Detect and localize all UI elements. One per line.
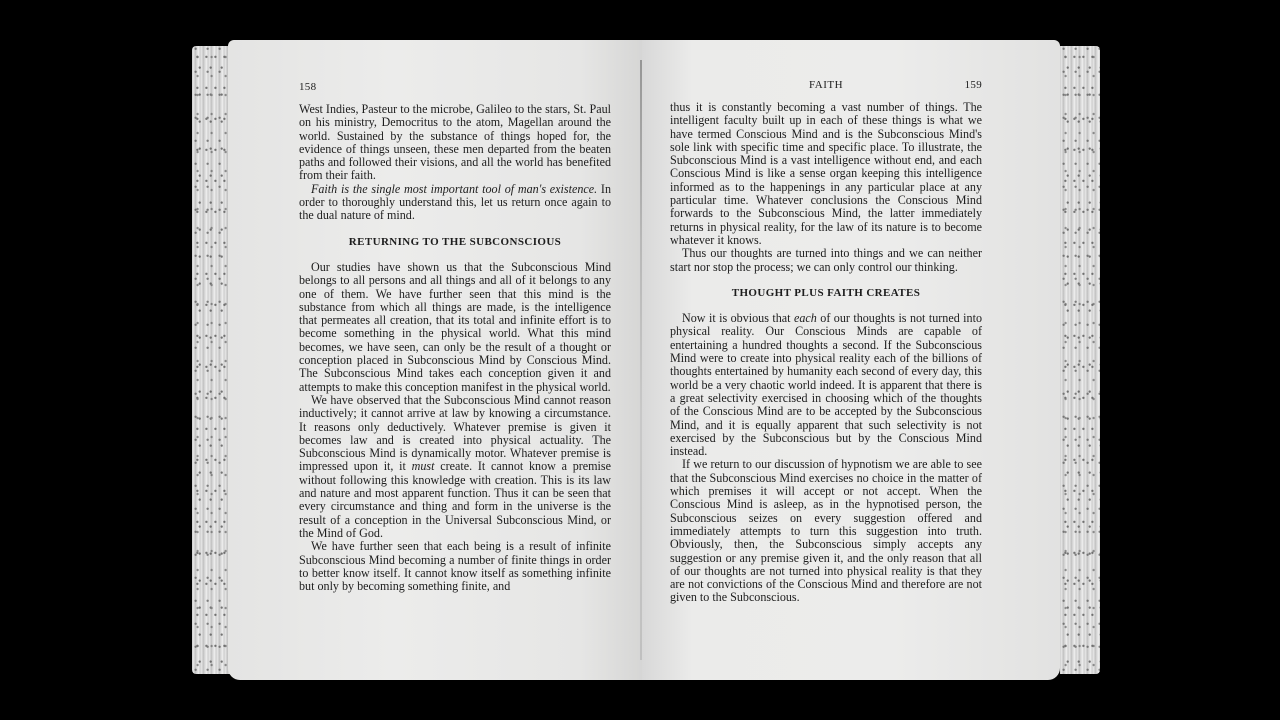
open-book: 158 West Indies, Pasteur to the microbe,… xyxy=(192,40,1100,680)
paragraph: If we return to our discussion of hypnot… xyxy=(670,458,982,604)
running-head: FAITH xyxy=(670,79,982,91)
section-heading: RETURNING TO THE SUBCONSCIOUS xyxy=(299,236,611,249)
section-heading: THOUGHT PLUS FAITH CREATES xyxy=(670,287,982,300)
paragraph: Now it is obvious that each of our thoug… xyxy=(670,312,982,458)
right-page: FAITH 159 thus it is constantly becoming… xyxy=(642,40,1060,680)
italic-word: each xyxy=(794,311,817,325)
left-page-number: 158 xyxy=(299,81,316,93)
right-page-stack xyxy=(1060,46,1100,674)
left-page-stack xyxy=(192,46,232,674)
text-span: Now it is obvious that xyxy=(682,311,791,325)
left-page-text: West Indies, Pasteur to the microbe, Gal… xyxy=(299,103,611,593)
paragraph: West Indies, Pasteur to the microbe, Gal… xyxy=(299,103,611,183)
left-page: 158 West Indies, Pasteur to the microbe,… xyxy=(228,40,642,680)
paragraph: We have observed that the Subconscious M… xyxy=(299,394,611,540)
paragraph: thus it is constantly becoming a vast nu… xyxy=(670,101,982,247)
right-page-number: 159 xyxy=(965,79,982,91)
text-span: of our thoughts is not turned into physi… xyxy=(670,311,982,458)
right-page-text: thus it is constantly becoming a vast nu… xyxy=(670,101,982,605)
paragraph: Our studies have shown us that the Subco… xyxy=(299,261,611,394)
italic-statement: Faith is the single most important tool … xyxy=(311,182,597,196)
italic-word: must xyxy=(412,459,435,473)
paragraph: We have further seen that each being is … xyxy=(299,540,611,593)
paragraph: Faith is the single most important tool … xyxy=(299,183,611,223)
paragraph: Thus our thoughts are turned into things… xyxy=(670,247,982,274)
